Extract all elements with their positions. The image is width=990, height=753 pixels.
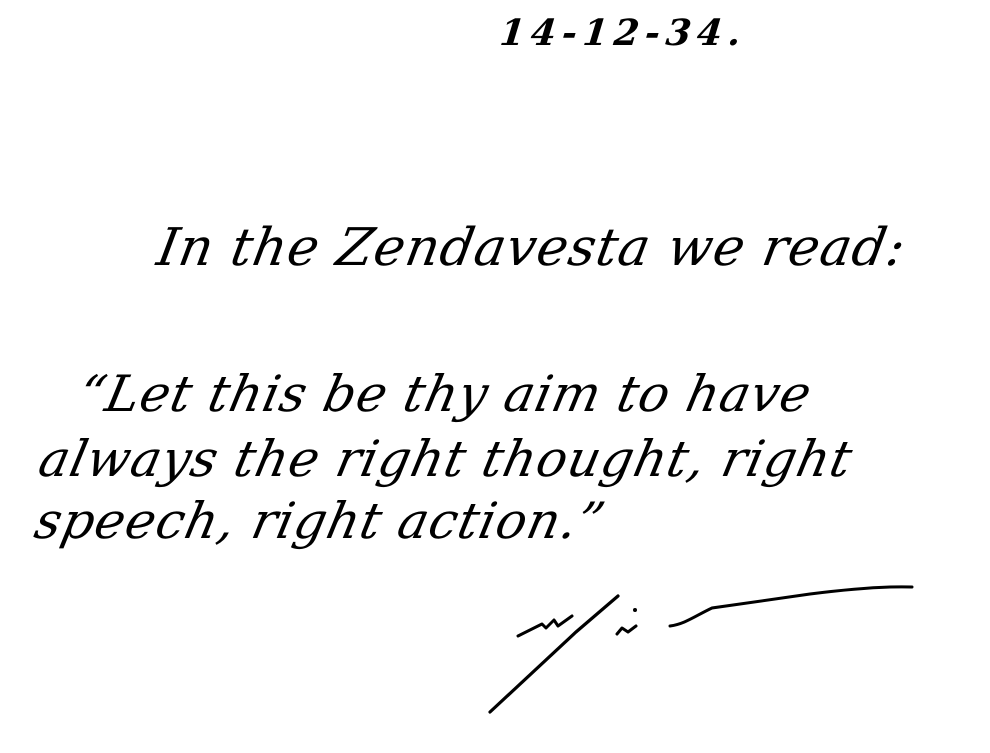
intro-line: In the Zendavesta we read: (153, 218, 911, 278)
quote-line-2: always the right thought, right (34, 430, 858, 488)
signature-icon (480, 570, 930, 730)
handwritten-page: 14-12-34. In the Zendavesta we read: “Le… (0, 0, 990, 753)
quote-line-3: speech, right action.” (30, 492, 611, 550)
date-line: 14-12-34. (498, 12, 749, 54)
quote-line-1: “Let this be thy aim to have (74, 365, 817, 423)
